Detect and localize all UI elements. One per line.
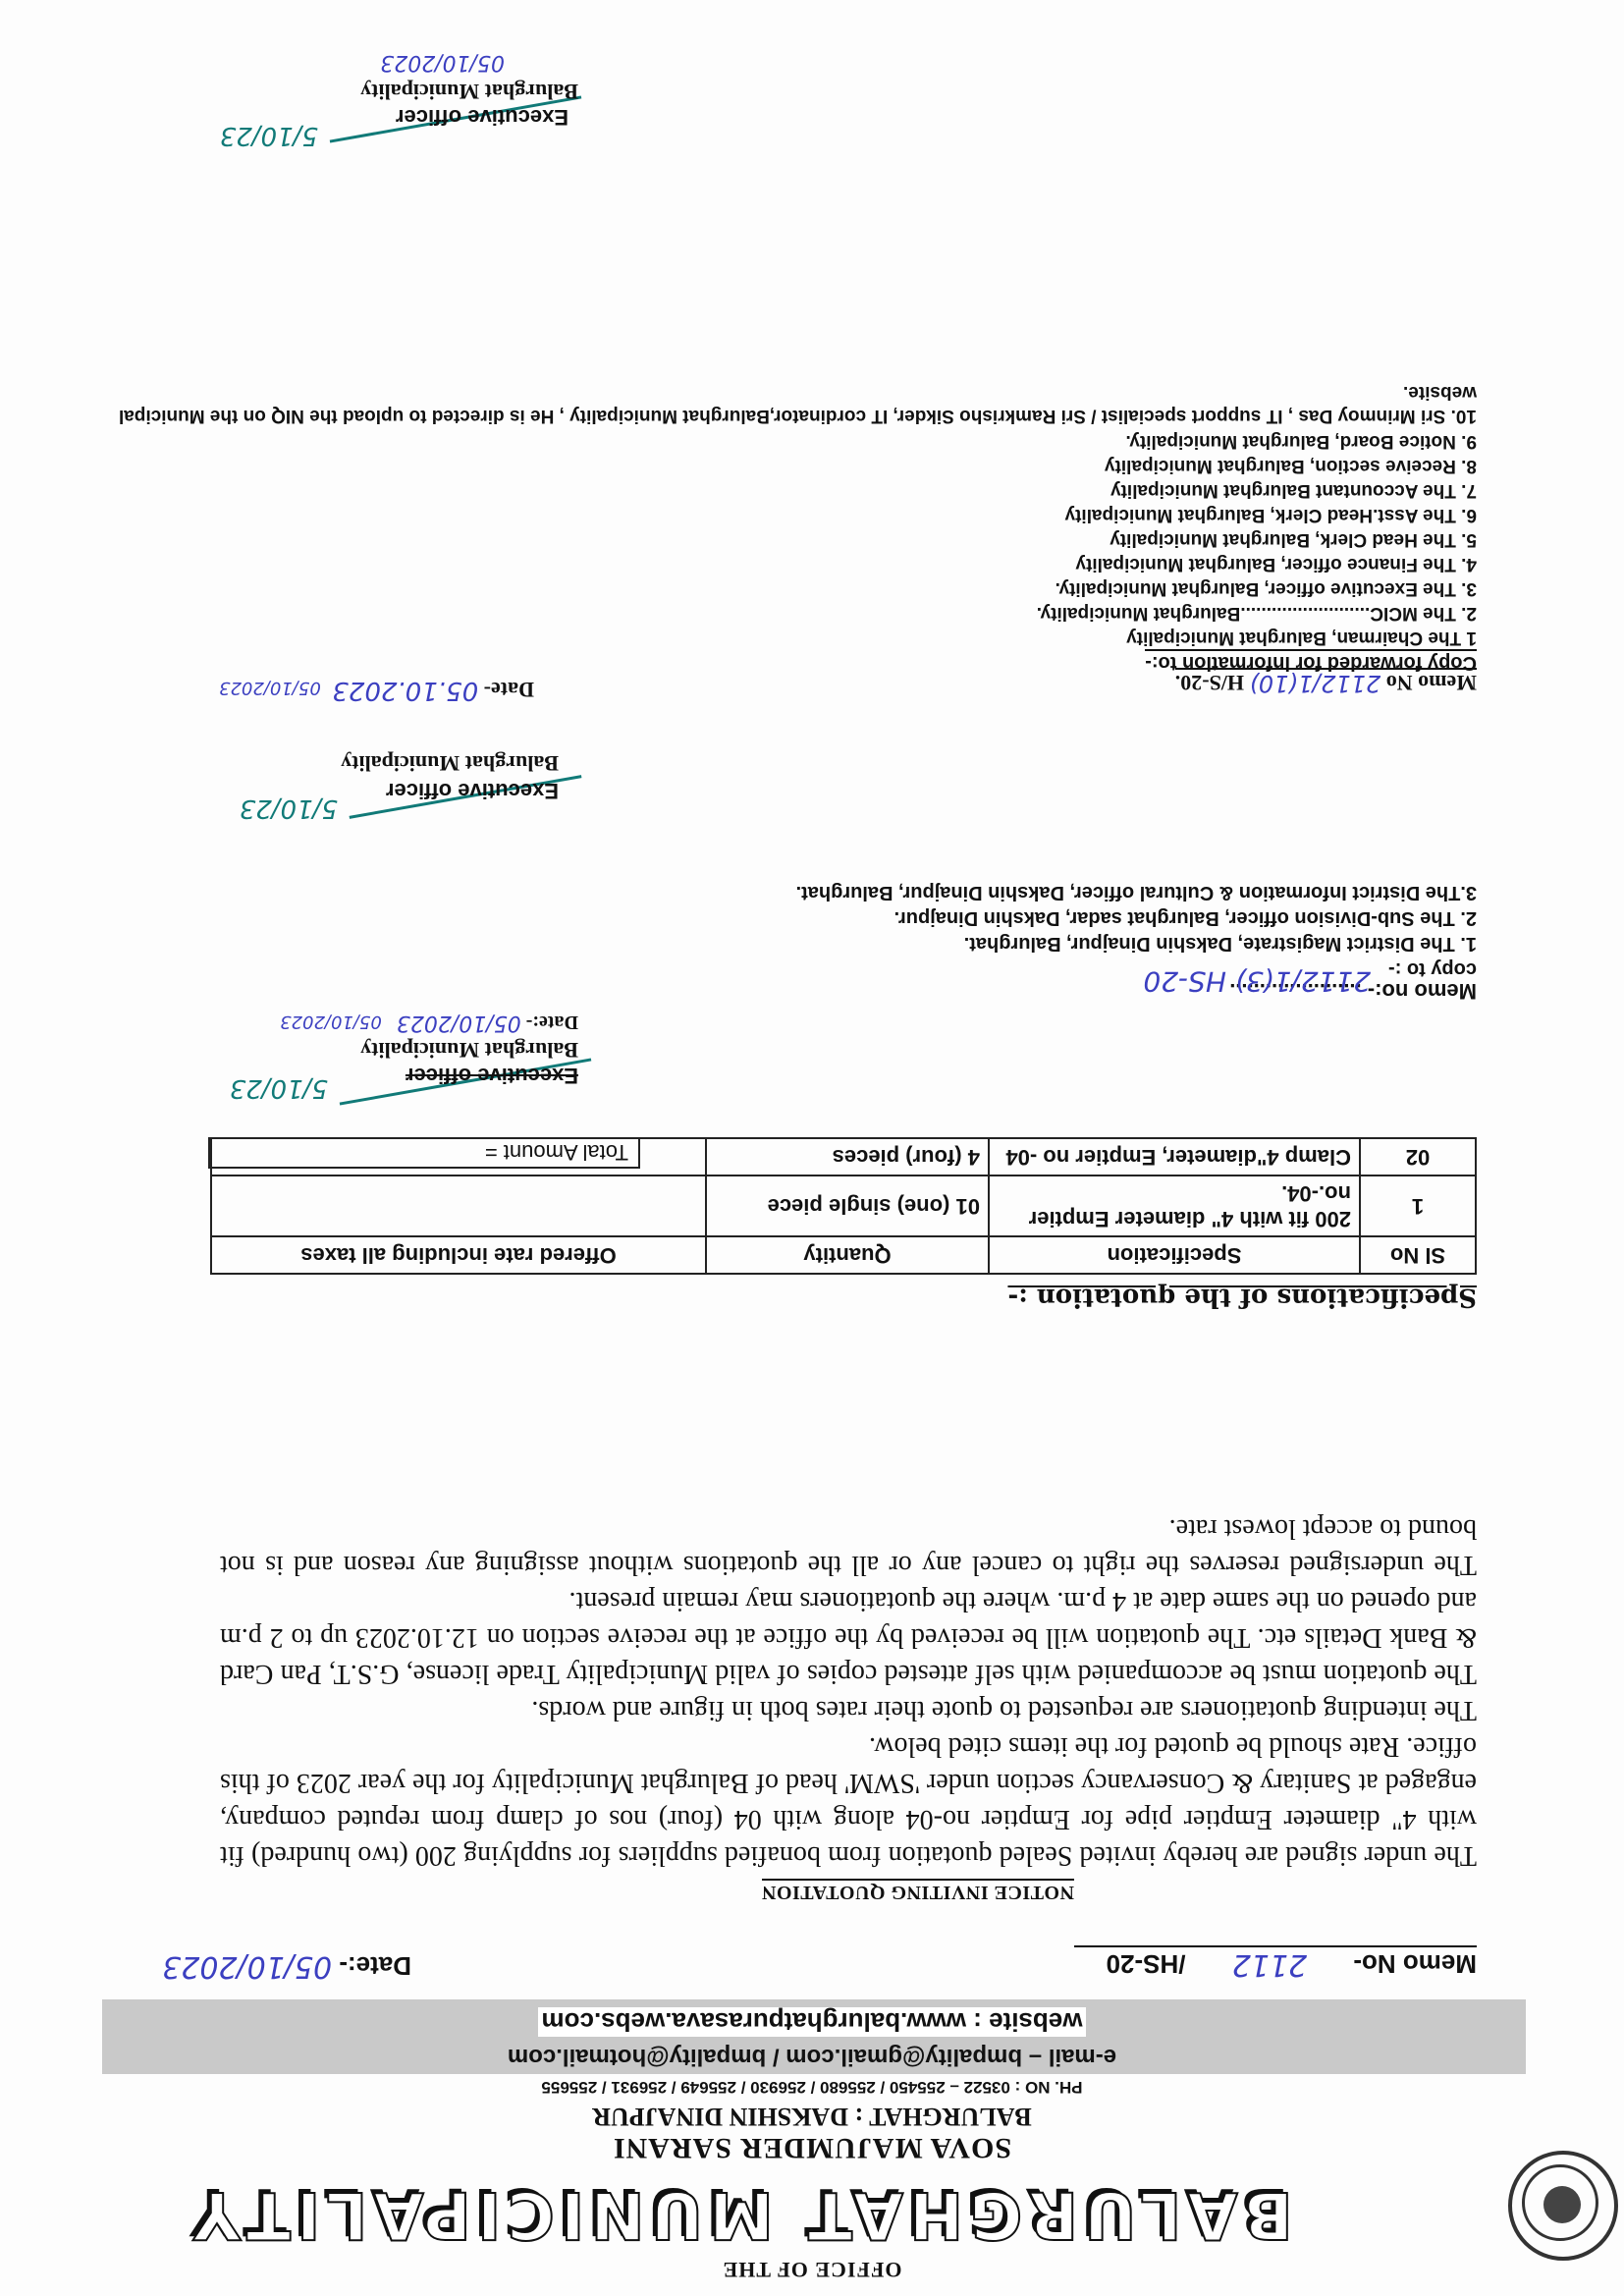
cell-sl: 1 bbox=[1360, 1175, 1476, 1236]
memo-handwritten: 2112/1(10) bbox=[1250, 670, 1381, 697]
date-label: Date:- bbox=[526, 1011, 578, 1033]
initial-date: 5/10/23 bbox=[220, 121, 318, 150]
column-header: Offered rate including all taxes bbox=[211, 1236, 706, 1274]
initial-date: 5/10/23 bbox=[240, 793, 338, 823]
copy-to-label: copy to :- bbox=[1388, 957, 1477, 980]
cell-sl: 02 bbox=[1360, 1138, 1476, 1175]
forward-recipient: 5. The Head Clerk, Balurghat Municipalit… bbox=[1110, 528, 1477, 550]
copy-recipient: 2. The Sub-Division officer, Balurghat s… bbox=[894, 906, 1477, 929]
signatory-title: Executive officer bbox=[396, 104, 568, 130]
signatory-title: Executive officer bbox=[406, 1063, 578, 1088]
initial-date: 5/10/23 bbox=[230, 1073, 328, 1103]
notice-paragraph: The intending quotationers are requested… bbox=[220, 1692, 1477, 1728]
memo-number-handwritten: 2112 bbox=[1193, 1947, 1346, 1982]
countersign-date: 05/10/2023 bbox=[380, 50, 505, 75]
notice-paragraph: The undersigned reserves the right to ca… bbox=[220, 1510, 1477, 1583]
website-line: website : www.balurghatpurasava.webs.com bbox=[0, 2006, 1624, 2037]
copy-memo-line: Memo no:- ...................... 2112/1(… bbox=[1143, 977, 1477, 1010]
website-text: website : www.balurghatpurasava.webs.com bbox=[538, 2007, 1087, 2037]
notice-body: The under signed are hereby invited Seal… bbox=[220, 1510, 1477, 1874]
memo-label: Memo No- bbox=[1353, 1949, 1477, 1979]
forward-recipient: 7. The Accountant Balurghat Municipality bbox=[1110, 479, 1477, 501]
date-handwritten: 05/10/2023 bbox=[162, 1949, 332, 1984]
memo-handwritten: 2112/1(3) HS-20 bbox=[1143, 965, 1371, 998]
date-handwritten: 05/10/2023 bbox=[397, 1011, 521, 1035]
forward-title: Copy forwarded for information to:- bbox=[1145, 649, 1477, 674]
scanned-document-page: OFFICE OF THE BALURGHAT MUNICIPALITY SOV… bbox=[0, 0, 1624, 2296]
signatory-org: Balurghat Municipality bbox=[341, 750, 559, 776]
forward-recipient: 3. The Executive officer, Balurghat Muni… bbox=[1056, 577, 1477, 599]
table-row: 1 200 fit with 4" diameter Emptier no.-0… bbox=[211, 1175, 1476, 1236]
phone-numbers: PH. NO : 03522 – 255450 / 255680 / 25693… bbox=[0, 2077, 1624, 2097]
memo-date-line: Date:- 05/10/2023 bbox=[162, 1949, 411, 1984]
signatory-title: Executive officer bbox=[386, 778, 559, 803]
signatory-org: Balurghat Municipality bbox=[360, 79, 578, 104]
date-label: Date:- bbox=[339, 1951, 411, 1981]
cell-spec: 200 fit with 4" diameter Emptier no.-04. bbox=[989, 1175, 1360, 1236]
signature-date-line: Date:- 05/10/2023 05/10/2023 bbox=[280, 1011, 578, 1035]
forward-recipient: 10. Sri Mrinmoy Das , IT support special… bbox=[102, 380, 1477, 427]
forward-recipient: 4. The Finance officer, Balurghat Munici… bbox=[1075, 553, 1477, 574]
notice-paragraph: The quotation must be accompanied with s… bbox=[220, 1583, 1477, 1692]
municipality-name: BALURGHAT MUNICIPALITY bbox=[4, 2177, 1477, 2253]
notice-title: NOTICE INVITING QUOTATION bbox=[762, 1879, 1074, 1903]
memo-number-line: Memo No- 2112 /HS-20 bbox=[1074, 1945, 1477, 1982]
forward-recipient: 1 The Chairman, Balurghat Municipality bbox=[1126, 627, 1477, 648]
cell-qty: 4 (four) pieces bbox=[706, 1138, 989, 1175]
memo-suffix: H/S-20. bbox=[1175, 671, 1244, 695]
email-addresses: e-mail – bmpality@gmail.com / bmpality@h… bbox=[0, 2043, 1624, 2070]
cell-spec: Clamp 4"diameter, Emptier no -04 bbox=[989, 1138, 1360, 1175]
municipality-seal-icon bbox=[1508, 2151, 1618, 2261]
copy-recipient: 1. The District Magistrate, Dakshin Dina… bbox=[964, 932, 1477, 955]
office-of-label: OFFICE OF THE bbox=[0, 2257, 1624, 2282]
memo-label: Memo No bbox=[1386, 671, 1477, 695]
total-amount-box: Total Amount = bbox=[208, 1137, 640, 1169]
cell-rate bbox=[211, 1175, 706, 1236]
forward-date-line: Date- 05.10.2023 05/10/2023 bbox=[219, 676, 534, 705]
memo-label: Memo no:- bbox=[1368, 979, 1477, 1004]
countersign-date: 05/10/2023 bbox=[219, 678, 321, 698]
cell-qty: 01 (one) single piece bbox=[706, 1175, 989, 1236]
column-header: Specification bbox=[989, 1236, 1360, 1274]
forward-recipient: 2. The MCIC.........................Balu… bbox=[1037, 602, 1477, 624]
city-address: BALURGHAT : DAKSHIN DINAJPUR bbox=[0, 2102, 1624, 2131]
table-header-row: Sl No Specification Quantity Offered rat… bbox=[211, 1236, 1476, 1274]
date-label: Date- bbox=[484, 678, 534, 702]
forward-recipient: 9. Notice Board, Balurghat Municipality. bbox=[1125, 430, 1477, 452]
specifications-title: Specifications of the quotation :- bbox=[1007, 1283, 1477, 1312]
notice-paragraph: The under signed are hereby invited Seal… bbox=[220, 1728, 1477, 1874]
memo-suffix: /HS-20 bbox=[1107, 1949, 1186, 1979]
countersign-date: 05/10/2023 bbox=[280, 1011, 382, 1032]
forward-recipient: 8. Receive section, Balurghat Municipali… bbox=[1105, 455, 1477, 476]
street-address: SOVA MAJUMDER SARANI bbox=[0, 2131, 1624, 2164]
forward-recipient: 6. The Asst.Head Clerk, Balurghat Munici… bbox=[1064, 504, 1477, 525]
column-header: Sl No bbox=[1360, 1236, 1476, 1274]
signatory-org: Balurghat Municipality bbox=[360, 1037, 578, 1063]
column-header: Quantity bbox=[706, 1236, 989, 1274]
copy-recipient: 3.The District Information & Cultural of… bbox=[796, 881, 1477, 903]
date-handwritten: 05.10.2023 bbox=[332, 676, 478, 705]
